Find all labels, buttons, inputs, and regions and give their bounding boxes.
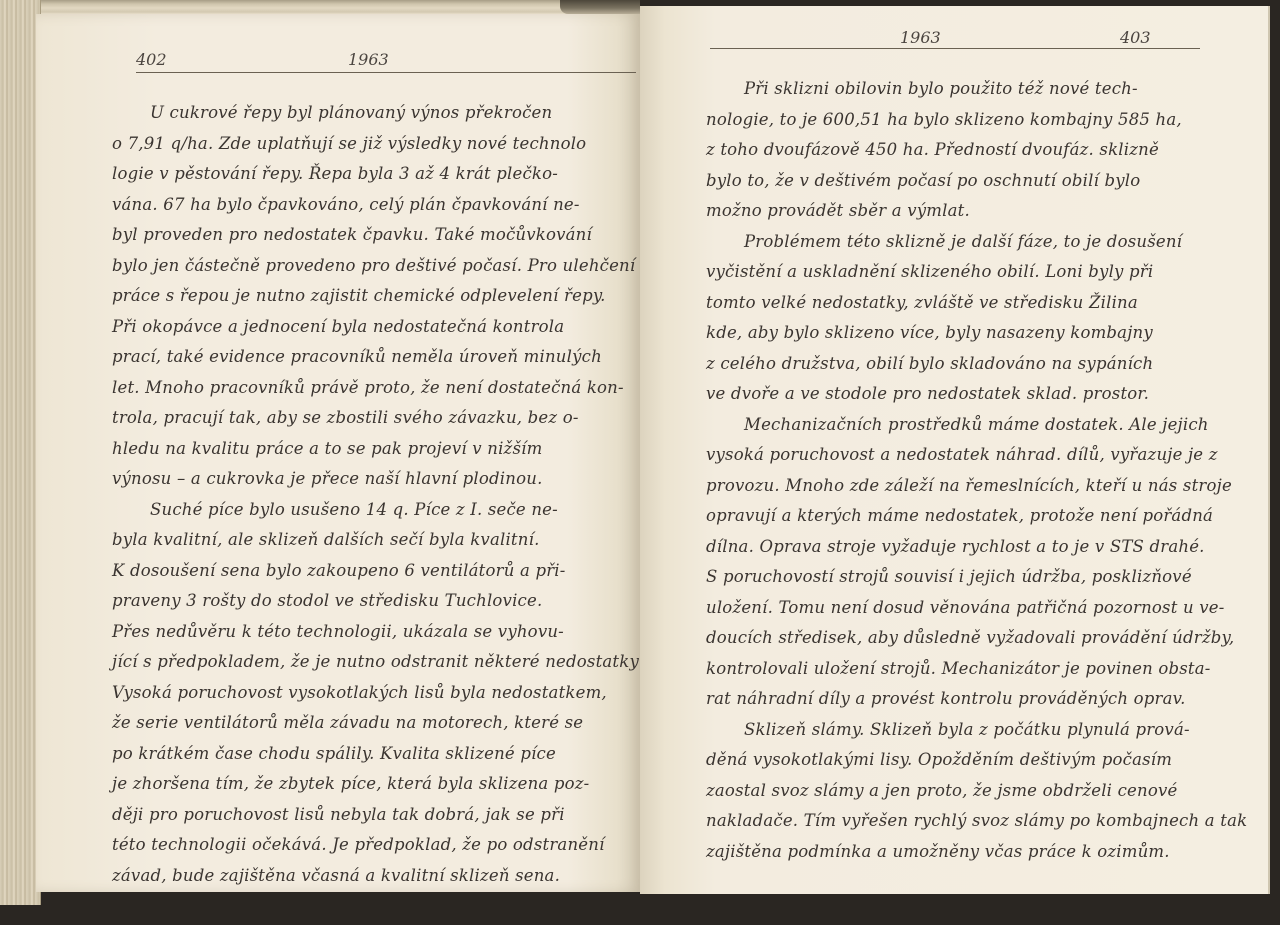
left-page: 402 1963 U cukrové řepy byl plánovaný vý… (36, 14, 640, 892)
text-line: bylo to, že v deštivém počasí po oschnut… (706, 166, 1247, 197)
text-line: Sklizeň slámy. Sklizeň byla z počátku pl… (706, 715, 1247, 746)
text-line: let. Mnoho pracovníků právě proto, že ne… (112, 373, 645, 404)
page-year: 1963 (348, 50, 389, 69)
text-line: prací, také evidence pracovníků neměla ú… (112, 342, 645, 373)
text-line: zajištěna podmínka a umožněny včas práce… (706, 837, 1247, 868)
text-line: o 7,91 q/ha. Zde uplatňují se již výsled… (112, 129, 645, 160)
page-stack-left-edge (0, 0, 41, 905)
text-line: nakladače. Tím vyřešen rychlý svoz slámy… (706, 806, 1247, 837)
text-line: dílna. Oprava stroje vyžaduje rychlost a… (706, 532, 1247, 563)
text-line: K dosoušení sena bylo zakoupeno 6 ventil… (112, 556, 645, 587)
text-line: opravují a kterých máme nedostatek, prot… (706, 501, 1247, 532)
text-line: výnosu – a cukrovka je přece naší hlavní… (112, 464, 645, 495)
text-line: Problémem této sklizně je další fáze, to… (706, 227, 1247, 258)
text-line: rat náhradní díly a provést kontrolu pro… (706, 684, 1247, 715)
handwritten-text-block: U cukrové řepy byl plánovaný výnos překr… (112, 98, 645, 891)
text-line: Suché píce bylo usušeno 14 q. Píce z I. … (112, 495, 645, 526)
text-line: kontrolovali uložení strojů. Mechanizáto… (706, 654, 1247, 685)
text-line: bylo jen částečně provedeno pro deštivé … (112, 251, 645, 282)
text-line: Přes nedůvěru k této technologii, ukázal… (112, 617, 645, 648)
text-line: tomto velké nedostatky, zvláště ve střed… (706, 288, 1247, 319)
text-line: jící s předpokladem, že je nutno odstran… (112, 647, 645, 678)
text-line: doucích středisek, aby důsledně vyžadova… (706, 623, 1247, 654)
text-line: trola, pracují tak, aby se zbostili svéh… (112, 403, 645, 434)
text-line: byl proveden pro nedostatek čpavku. Také… (112, 220, 645, 251)
right-page: 1963 403 Při sklizni obilovin bylo použi… (640, 6, 1270, 894)
text-line: Vysoká poruchovost vysokotlakých lisů by… (112, 678, 645, 709)
text-line: Při okopávce a jednocení byla nedostateč… (112, 312, 645, 343)
text-line: kde, aby bylo sklizeno více, byly nasaze… (706, 318, 1247, 349)
text-line: této technologii očekává. Je předpoklad,… (112, 830, 645, 861)
text-line: že serie ventilátorů měla závadu na moto… (112, 708, 645, 739)
text-line: praveny 3 rošty do stodol ve středisku T… (112, 586, 645, 617)
page-year: 1963 (900, 28, 941, 47)
page-number: 403 (1120, 28, 1151, 47)
book-spine-shadow (560, 0, 640, 14)
text-line: práce s řepou je nutno zajistit chemické… (112, 281, 645, 312)
page-stack-top-edge (0, 0, 630, 14)
header-rule (136, 72, 636, 73)
text-line: zaostal svoz slámy a jen proto, že jsme … (706, 776, 1247, 807)
text-line: vysoká poruchovost a nedostatek náhrad. … (706, 440, 1247, 471)
text-line: ve dvoře a ve stodole pro nedostatek skl… (706, 379, 1247, 410)
text-line: z celého družstva, obilí bylo skladováno… (706, 349, 1247, 380)
open-ledger-book: 402 1963 U cukrové řepy byl plánovaný vý… (0, 0, 1280, 925)
page-number: 402 (136, 50, 167, 69)
text-line: Při sklizni obilovin bylo použito též no… (706, 74, 1247, 105)
text-line: logie v pěstování řepy. Řepa byla 3 až 4… (112, 159, 645, 190)
text-line: Mechanizačních prostředků máme dostatek.… (706, 410, 1247, 441)
text-line: ději pro poruchovost lisů nebyla tak dob… (112, 800, 645, 831)
text-line: po krátkém čase chodu spálily. Kvalita s… (112, 739, 645, 770)
header-rule (710, 48, 1200, 49)
text-line: vána. 67 ha bylo čpavkováno, celý plán č… (112, 190, 645, 221)
text-line: U cukrové řepy byl plánovaný výnos překr… (112, 98, 645, 129)
handwritten-text-block: Při sklizni obilovin bylo použito též no… (706, 74, 1247, 867)
text-line: závad, bude zajištěna včasná a kvalitní … (112, 861, 645, 892)
text-line: možno provádět sběr a výmlat. (706, 196, 1247, 227)
text-line: nologie, to je 600,51 ha bylo sklizeno k… (706, 105, 1247, 136)
text-line: děná vysokotlakými lisy. Opožděním dešti… (706, 745, 1247, 776)
text-line: je zhoršena tím, že zbytek píce, která b… (112, 769, 645, 800)
text-line: provozu. Mnoho zde záleží na řemeslnícíc… (706, 471, 1247, 502)
text-line: S poruchovostí strojů souvisí i jejich ú… (706, 562, 1247, 593)
text-line: vyčistění a uskladnění sklizeného obilí.… (706, 257, 1247, 288)
text-line: hledu na kvalitu práce a to se pak proje… (112, 434, 645, 465)
text-line: z toho dvoufázově 450 ha. Předností dvou… (706, 135, 1247, 166)
text-line: byla kvalitní, ale sklizeň dalších sečí … (112, 525, 645, 556)
text-line: uložení. Tomu není dosud věnována patřič… (706, 593, 1247, 624)
